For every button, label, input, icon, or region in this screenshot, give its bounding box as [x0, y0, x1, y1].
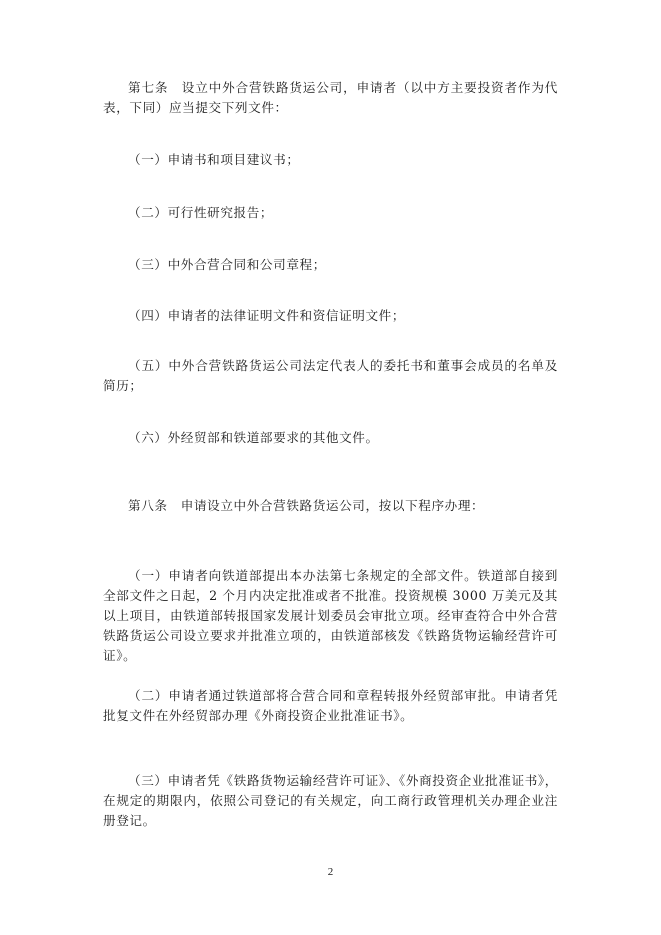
article-7-item-4: （四）申请者的法律证明文件和资信证明文件； [103, 306, 558, 326]
article-8-item-2: （二）申请者通过铁道部将合营合同和章程转报外经贸部审批。申请者凭批复文件在外经贸… [103, 686, 558, 726]
article-8-item-3: （三）申请者凭《铁路货物运输经营许可证》、《外商投资企业批准证书》，在规定的期限… [103, 771, 558, 831]
article-7-item-5: （五）中外合营铁路货运公司法定代表人的委托书和董事会成员的名单及简历； [103, 356, 558, 396]
page-number: 2 [0, 866, 661, 878]
article-7-item-2: （二）可行性研究报告； [103, 203, 558, 223]
article-7-heading-paragraph: 第七条 设立中外合营铁路货运公司，申请者（以中方主要投资者作为代表，下同）应当提… [103, 78, 558, 118]
document-page: 第七条 设立中外合营铁路货运公司，申请者（以中方主要投资者作为代表，下同）应当提… [0, 0, 661, 935]
article-7-item-6: （六）外经贸部和铁道部要求的其他文件。 [103, 428, 558, 448]
article-8-item-1: （一）申请者向铁道部提出本办法第七条规定的全部文件。铁道部自接到全部文件之日起，… [103, 566, 558, 666]
article-8-heading-paragraph: 第八条 申请设立中外合营铁路货运公司，按以下程序办理： [103, 496, 558, 516]
article-7-item-3: （三）中外合营合同和公司章程； [103, 255, 558, 275]
article-7-item-1: （一）申请书和项目建议书； [103, 150, 558, 170]
